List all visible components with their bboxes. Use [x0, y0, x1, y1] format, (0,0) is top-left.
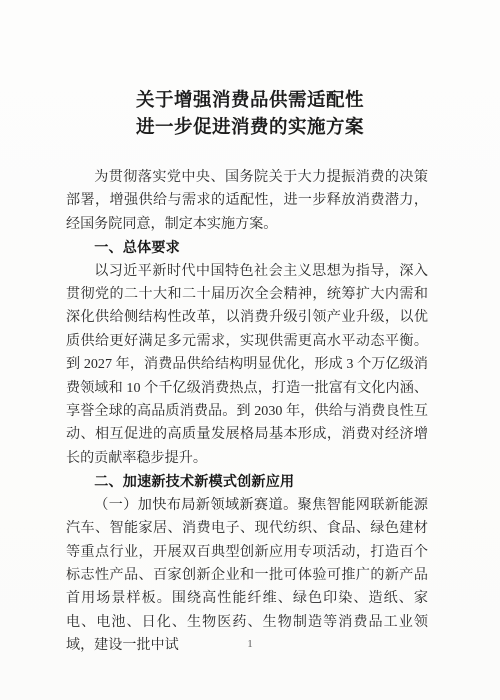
- paragraph-item-one-text: 聚焦智能网联新能源汽车、智能家居、消费电子、现代纺织、食品、绿色建材等重点行业，…: [66, 497, 428, 653]
- page-number: 1: [0, 638, 500, 650]
- document-title-line1: 关于增强消费品供需适配性: [0, 88, 500, 115]
- paragraph-preamble: 为贯彻落实党中央、国务院关于大力提振消费的决策部署，增强供给与需求的适配性，进一…: [66, 166, 428, 236]
- section-heading-2: 二、加速新技术新模式创新应用: [66, 470, 428, 493]
- document-page: 关于增强消费品供需适配性 进一步促进消费的实施方案 为贯彻落实党中央、国务院关于…: [0, 0, 500, 700]
- paragraph-item-one-lead: （一）加快布局新领域新赛道。: [94, 497, 297, 513]
- document-title: 关于增强消费品供需适配性 进一步促进消费的实施方案: [0, 88, 500, 142]
- paragraph-overall-requirements: 以习近平新时代中国特色社会主义思想为指导，深入贯彻党的二十大和二十届历次全会精神…: [66, 260, 428, 471]
- section-heading-1: 一、总体要求: [66, 236, 428, 259]
- document-body: 为贯彻落实党中央、国务院关于大力提振消费的决策部署，增强供给与需求的适配性，进一…: [66, 166, 428, 658]
- document-title-line2: 进一步促进消费的实施方案: [0, 115, 500, 142]
- paragraph-item-one: （一）加快布局新领域新赛道。聚焦智能网联新能源汽车、智能家居、消费电子、现代纺织…: [66, 494, 428, 658]
